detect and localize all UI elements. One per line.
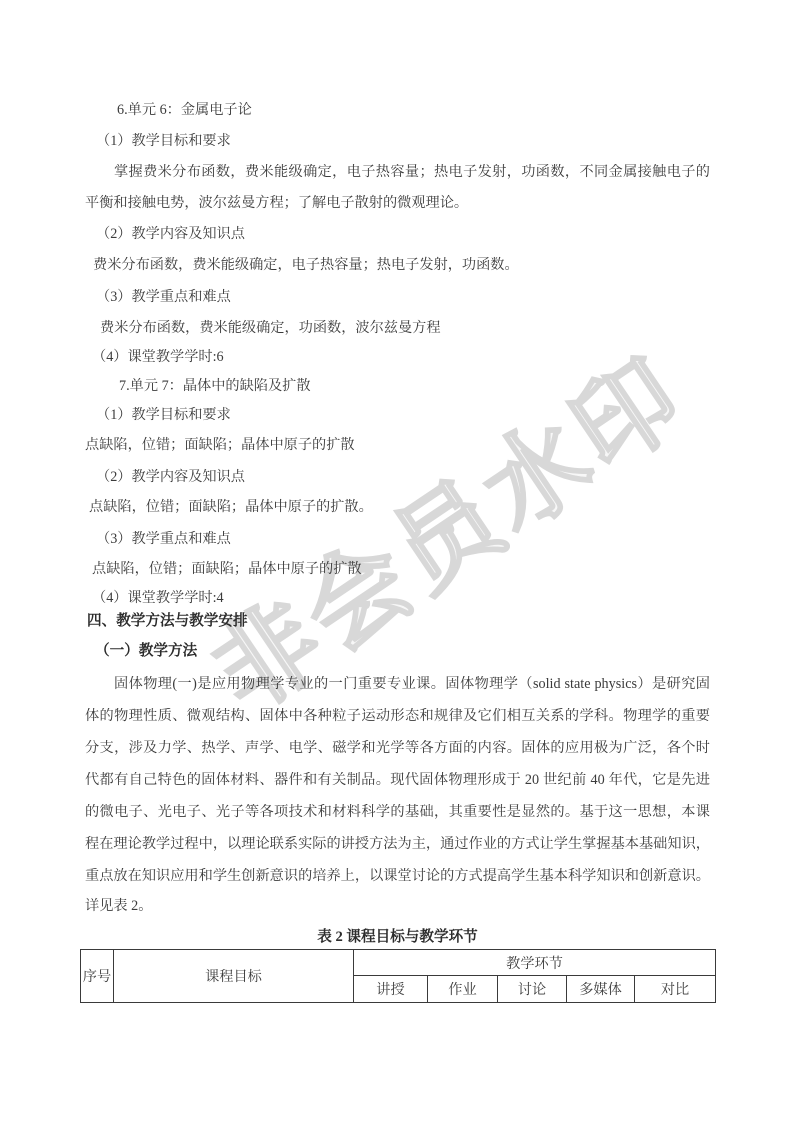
unit6-keypoints-heading: （3）教学重点和难点 — [96, 289, 231, 306]
unit6-content-heading: （2）教学内容及知识点 — [96, 226, 245, 243]
method-para-line-7: 重点放在知识应用和学生创新意识的培养上，以课堂讨论的方式提高学生基本科学知识和创… — [85, 868, 710, 887]
unit6-content-text: 费米分布函数，费米能级确定，电子热容量；热电子发射，功函数。 — [93, 257, 519, 274]
method-para-line-4: 代都有自己特色的固体材料、器件和有关制品。现代固体物理形成于 20 世纪前 40… — [85, 772, 710, 791]
teaching-method-heading: （一）教学方法 — [95, 643, 197, 660]
unit7-content-text: 点缺陷，位错；面缺陷；晶体中原子的扩散。 — [89, 499, 373, 516]
table-subheader-lecture: 讲授 — [354, 976, 428, 1003]
table-subheader-homework: 作业 — [428, 976, 498, 1003]
unit6-goal-heading: （1）教学目标和要求 — [96, 133, 231, 150]
method-para-line-1: 固体物理(一)是应用物理学专业的一门重要专业课。固体物理学（solid stat… — [85, 676, 710, 695]
table-header-course-objective: 课程目标 — [114, 950, 354, 1003]
unit7-hours-line: （4）课堂教学学时:4 — [92, 590, 224, 607]
unit7-content-heading: （2）教学内容及知识点 — [96, 469, 245, 486]
unit7-keypoints-heading: （3）教学重点和难点 — [96, 531, 231, 548]
section-4-heading: 四、教学方法与教学安排 — [87, 613, 248, 630]
unit6-keypoints-text: 费米分布函数，费米能级确定，功函数，波尔兹曼方程 — [100, 320, 441, 337]
method-para-line-3: 分支，涉及力学、热学、声学、电学、磁学和光学等各方面的内容。固体的应用极为广泛，… — [85, 740, 710, 759]
unit-6-heading: 6.单元 6：金属电子论 — [117, 102, 252, 119]
table-header-teaching-links: 教学环节 — [354, 950, 716, 976]
see-table-2-line: 详见表 2。 — [85, 898, 152, 915]
unit6-goal-line-2: 平衡和接触电势，波尔兹曼方程；了解电子散射的微观理论。 — [85, 195, 468, 212]
unit7-goal-heading: （1）教学目标和要求 — [96, 407, 231, 424]
table-caption: 表 2 课程目标与教学环节 — [80, 925, 715, 946]
course-objectives-table: 序号 课程目标 教学环节 讲授 作业 讨论 多媒体 对比 — [80, 949, 716, 1003]
table-header-serial: 序号 — [81, 950, 114, 1003]
unit6-goal-line-1: 掌握费米分布函数，费米能级确定，电子热容量；热电子发射，功函数，不同金属接触电子… — [85, 164, 710, 183]
unit-7-heading: 7.单元 7：晶体中的缺陷及扩散 — [119, 378, 311, 395]
table-subheader-multimedia: 多媒体 — [567, 976, 635, 1003]
document-page: 非会员水印 6.单元 6：金属电子论 （1）教学目标和要求 掌握费米分布函数，费… — [0, 0, 793, 1122]
method-para-line-6: 程在理论教学过程中，以理论联系实际的讲授方法为主，通过作业的方式让学生掌握基本基… — [85, 836, 710, 855]
unit7-goal-text: 点缺陷，位错；面缺陷；晶体中原子的扩散 — [85, 437, 355, 454]
unit6-hours-line: （4）课堂教学学时:6 — [92, 349, 224, 366]
method-para-line-5: 的微电子、光电子、光子等各项技术和材料科学的基础，其重要性是显然的。基于这一思想… — [85, 804, 710, 823]
unit7-keypoints-text: 点缺陷，位错；面缺陷；晶体中原子的扩散 — [92, 561, 362, 578]
table-subheader-comparison: 对比 — [635, 976, 716, 1003]
method-para-line-2: 体的物理性质、微观结构、固体中各种粒子运动形态和规律及它们相互关系的学科。物理学… — [85, 708, 710, 727]
table-subheader-discussion: 讨论 — [498, 976, 567, 1003]
